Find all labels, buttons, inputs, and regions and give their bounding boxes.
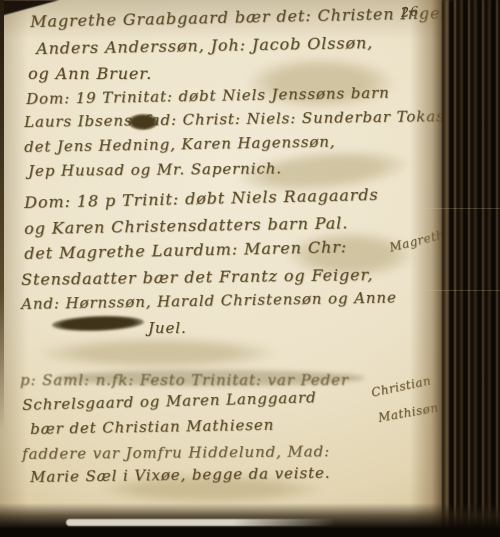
binding-page-streaks bbox=[440, 0, 500, 537]
page-bottom-edge-highlight bbox=[66, 519, 336, 526]
manuscript-line: Dom: 18 p Trinit: døbt Niels Raagaards bbox=[24, 185, 379, 212]
manuscript-line: Laurs Ibsens: fad: Christ: Niels: Sunder… bbox=[24, 107, 445, 131]
binding-highlight-line bbox=[444, 0, 448, 537]
manuscript-photo: 26. Magrethe Graabgaard bær det: Christe… bbox=[0, 0, 500, 537]
manuscript-line: Jep Huusad og Mr. Sapernich. bbox=[28, 159, 282, 180]
page-left-edge bbox=[0, 0, 4, 430]
scratch-line bbox=[412, 208, 500, 209]
manuscript-line: og Karen Christensdatters barn Pal. bbox=[24, 213, 348, 238]
ink-bleed-ghost bbox=[40, 338, 275, 368]
ink-smear bbox=[55, 370, 365, 386]
manuscript-line: og Ann Bruer. bbox=[28, 64, 152, 83]
photo-corner-shadow bbox=[0, 0, 66, 18]
ink-blot bbox=[128, 114, 158, 130]
manuscript-line: Juel. bbox=[148, 319, 187, 337]
manuscript-line: det Jens Hedning, Karen Hagenssøn, bbox=[24, 133, 336, 156]
manuscript-line: Stensdaatter bær det Frantz og Feiger, bbox=[21, 265, 373, 289]
manuscript-line: And: Hørnssøn, Harald Christensøn og Ann… bbox=[21, 288, 397, 313]
ink-blot bbox=[52, 314, 144, 332]
scratch-line bbox=[412, 290, 500, 291]
